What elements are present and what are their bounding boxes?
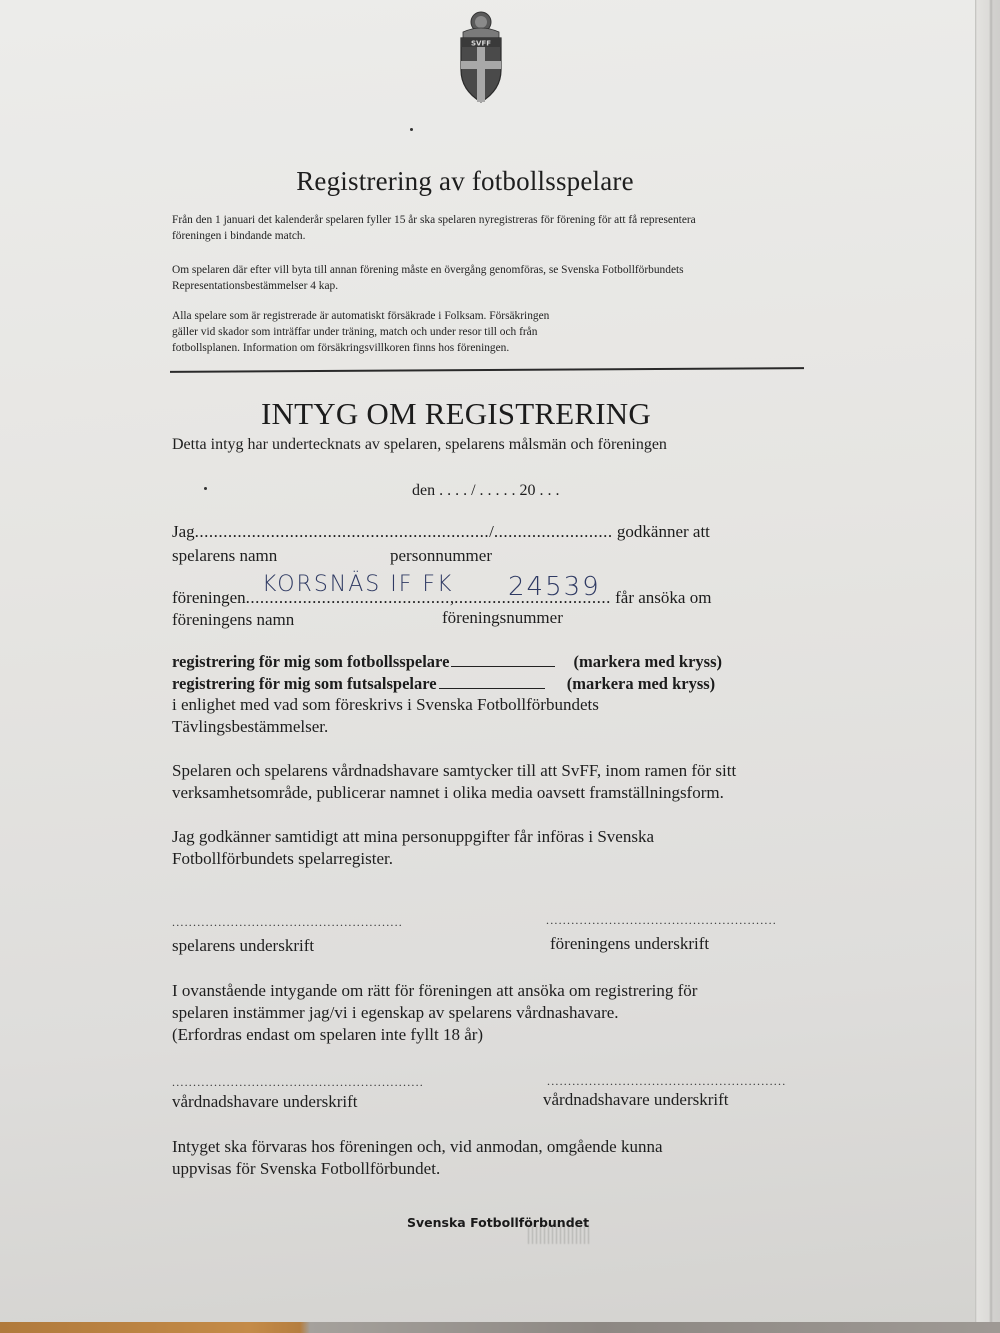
text-line: verksamhetsområde, publicerar namnet i o… [172,782,736,804]
registration-option-futsal: registrering för mig som futsalspelare (… [172,674,715,694]
caption-player-name: spelarens namn [172,546,277,566]
intro-paragraph-transfer: Om spelaren där efter vill byta till ann… [172,262,822,294]
consent-text: Spelaren och spelarens vårdnadshavare sa… [172,760,736,804]
intro-line: Alla spelare som är registrerade är auto… [172,308,822,324]
caption-personal-number: personnummer [390,546,492,566]
guardian-2-signature-label: vårdnadshavare underskrift [543,1090,729,1110]
text-line: (Erfordras endast om spelaren inte fyllt… [172,1024,697,1046]
intro-line: Från den 1 januari det kalenderår spelar… [172,212,822,228]
player-suffix: godkänner att [617,522,710,541]
intro-paragraph-insurance: Alla spelare som är registrerade är auto… [172,308,822,356]
club-signature-label: föreningens underskrift [550,934,709,954]
option-hint: (markera med kryss) [574,652,722,671]
paper-sheet: SVFF Registrering av fotbollsspelare Frå… [0,0,975,1322]
guardian-1-signature-field[interactable]: ........................................… [172,1075,486,1090]
svg-text:SVFF: SVFF [471,40,491,48]
text-line: Intyget ska förvaras hos föreningen och,… [172,1136,663,1158]
player-signature-field[interactable]: ........................................… [172,915,448,930]
intro-paragraph-age: Från den 1 januari det kalenderår spelar… [172,212,822,244]
personal-number-field[interactable]: ......................... [494,522,613,541]
text-line: I ovanstående intygande om rätt för före… [172,980,697,1002]
guardian-text: I ovanstående intygande om rätt för före… [172,980,697,1046]
header-title: Registrering av fotbollsspelare [0,166,930,197]
text-line: uppvisas för Svenska Fotbollförbundet. [172,1158,663,1180]
intro-line: Om spelaren där efter vill byta till ann… [172,262,822,278]
intro-line: föreningen i bindande match. [172,228,822,244]
text-line: Spelaren och spelarens vårdnadshavare sa… [172,760,736,782]
guardian-2-signature-field[interactable]: ........................................… [547,1074,787,1089]
player-prefix: Jag [172,522,195,541]
gdpr-text: Jag godkänner samtidigt att mina personu… [172,826,654,870]
football-checkbox-blank[interactable] [451,666,555,667]
certificate-title: INTYG OM REGISTRERING [0,396,912,432]
club-suffix: får ansöka om [615,588,711,607]
player-name-field[interactable]: ........................................… [195,522,490,541]
svff-crest-icon: SVFF [458,8,504,104]
compliance-text: i enlighet med vad som föreskrivs i Sven… [172,694,599,738]
intro-line: Representationsbestämmelser 4 kap. [172,278,822,294]
option-label: registrering för mig som futsalspelare [172,674,437,693]
stacked-paper-edge [975,0,1000,1322]
guardian-1-signature-label: vårdnadshavare underskrift [172,1092,358,1112]
ink-speck [204,487,207,490]
ink-smudge [528,1224,592,1244]
player-line: Jag.....................................… [172,522,710,542]
text-line: Tävlingsbestämmelser. [172,716,599,738]
futsal-checkbox-blank[interactable] [439,688,545,689]
ink-speck [410,128,413,131]
option-label: registrering för mig som fotbollsspelare [172,652,449,671]
certificate-subtitle: Detta intyg har undertecknats av spelare… [172,436,667,454]
storage-text: Intyget ska förvaras hos föreningen och,… [172,1136,663,1180]
text-line: Jag godkänner samtidigt att mina personu… [172,826,654,848]
date-field[interactable]: den . . . . / . . . . . 20 . . . [412,482,560,500]
intro-line: fotbollsplanen. Information om försäkrin… [172,340,822,356]
club-prefix: föreningen [172,588,246,607]
text-line: i enlighet med vad som föreskrivs i Sven… [172,694,599,716]
handwritten-club-number: 24539 [508,572,601,602]
caption-club-number: föreningsnummer [442,608,563,628]
player-signature-label: spelarens underskrift [172,936,314,956]
text-line: spelaren instämmer jag/vi i egenskap av … [172,1002,697,1024]
registration-option-football: registrering för mig som fotbollsspelare… [172,652,722,672]
option-hint: (markera med kryss) [567,674,715,693]
caption-club-name: föreningens namn [172,610,294,630]
table-surface [0,1322,1000,1333]
section-divider [170,367,804,373]
text-line: Fotbollförbundets spelarregister. [172,848,654,870]
handwritten-club-name: KORSNÄS IF FK [262,572,453,597]
intro-line: gäller vid skador som inträffar under tr… [172,324,822,340]
club-signature-field[interactable]: ........................................… [546,913,814,928]
